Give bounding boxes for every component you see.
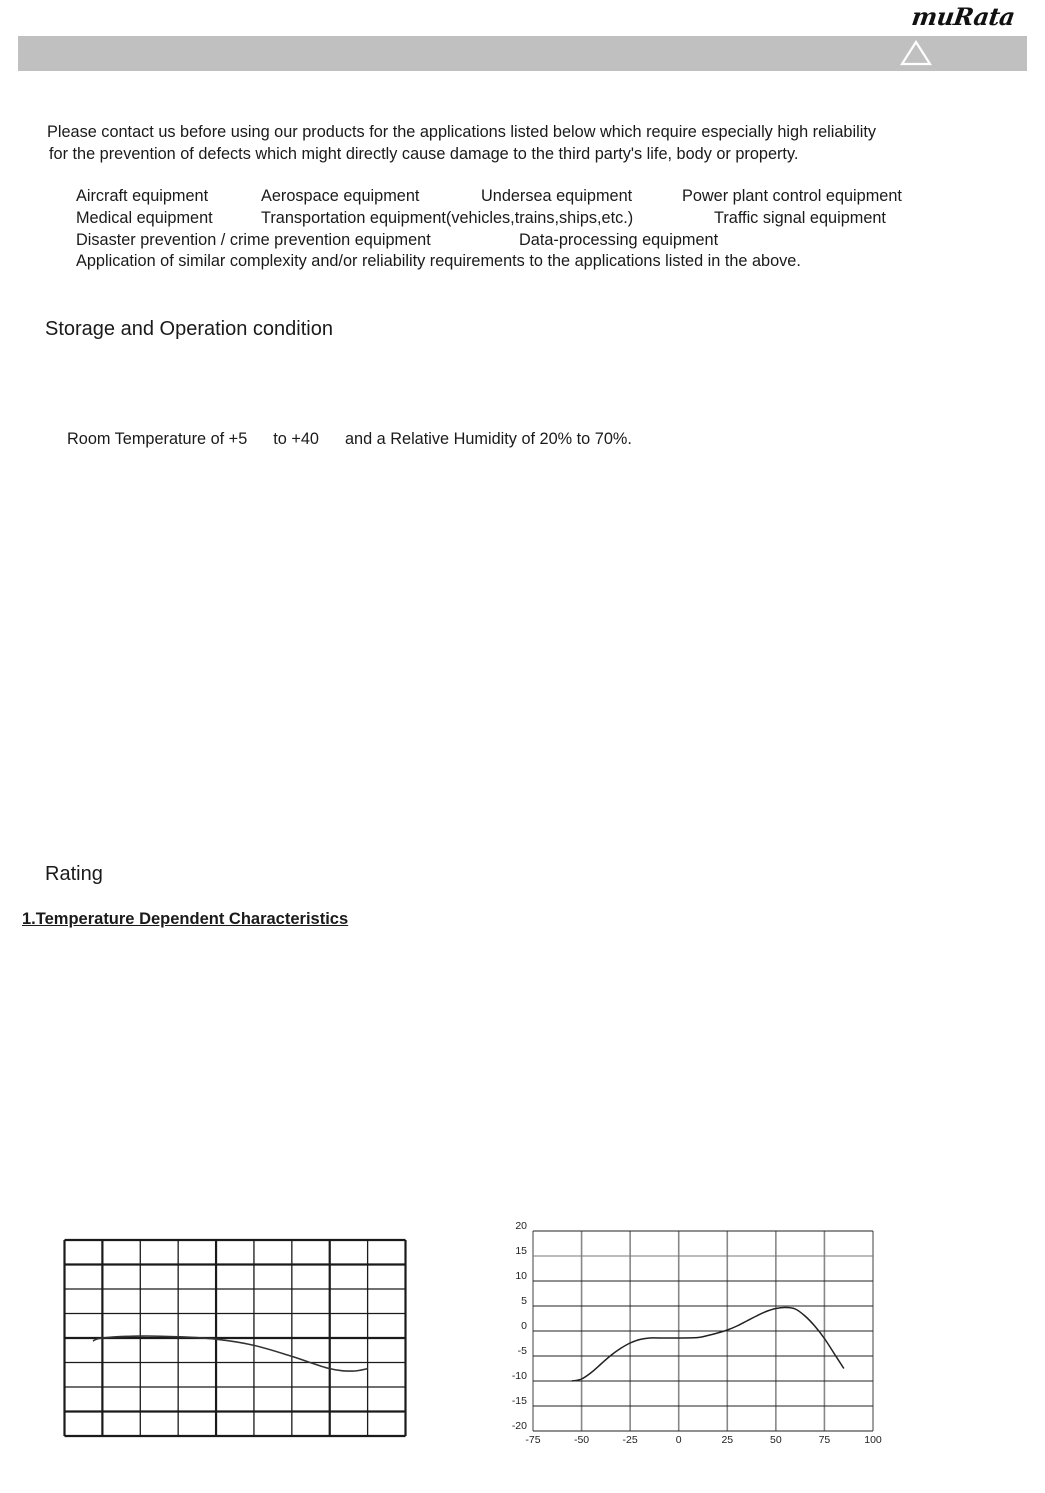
- application-item: Power plant control equipment: [682, 186, 902, 208]
- y-tick-label: -5: [518, 1345, 527, 1357]
- x-tick-label: 50: [770, 1434, 782, 1446]
- x-tick-label: -25: [623, 1434, 638, 1446]
- application-item: Aircraft equipment: [76, 186, 208, 208]
- application-item: Transportation equipment(vehicles,trains…: [261, 208, 633, 230]
- x-tick-label: 25: [721, 1434, 733, 1446]
- chart-grid: [65, 1240, 406, 1436]
- y-tick-label: 10: [515, 1270, 527, 1282]
- warning-triangle-icon: [900, 40, 932, 66]
- y-tick-label: -15: [512, 1395, 527, 1407]
- application-item: Undersea equipment: [481, 186, 632, 208]
- chart-curve: [572, 1307, 844, 1381]
- temperature-chart-right: -75-50-25025507510020151050-5-10-15-20: [495, 1215, 895, 1455]
- temperature-chart-left: [55, 1230, 415, 1445]
- application-item: Data-processing equipment: [519, 230, 718, 252]
- y-tick-label: -20: [512, 1420, 527, 1432]
- y-tick-label: 5: [521, 1295, 527, 1307]
- application-item: Disaster prevention / crime prevention e…: [76, 230, 431, 252]
- x-tick-label: 0: [676, 1434, 682, 1446]
- murata-logo: muRata: [910, 2, 1017, 31]
- chart-grid: [533, 1231, 873, 1431]
- header-bar: [18, 36, 1027, 71]
- storage-temp-max: to +40: [273, 430, 319, 448]
- chart-curve: [93, 1336, 368, 1371]
- x-tick-label: 75: [819, 1434, 831, 1446]
- x-tick-label: -75: [525, 1434, 540, 1446]
- y-tick-label: 20: [515, 1220, 527, 1232]
- application-item: Application of similar complexity and/or…: [76, 251, 801, 273]
- application-item: Traffic signal equipment: [714, 208, 886, 230]
- y-tick-label: -10: [512, 1370, 527, 1382]
- storage-heading: Storage and Operation condition: [45, 318, 333, 341]
- y-tick-label: 0: [521, 1320, 527, 1332]
- application-item: Medical equipment: [76, 208, 213, 230]
- application-item: Aerospace equipment: [261, 186, 419, 208]
- rating-heading: Rating: [45, 863, 103, 886]
- storage-temp-min: Room Temperature of +5: [67, 430, 247, 448]
- y-tick-label: 15: [515, 1245, 527, 1257]
- storage-humidity: and a Relative Humidity of 20% to 70%.: [345, 430, 632, 448]
- x-tick-label: -50: [574, 1434, 589, 1446]
- intro-paragraph: Please contact us before using our produ…: [47, 121, 876, 165]
- storage-condition-text: Room Temperature of +5to +40and a Relati…: [67, 430, 632, 449]
- x-tick-label: 100: [864, 1434, 882, 1446]
- temperature-characteristics-heading: 1.Temperature Dependent Characteristics: [22, 910, 348, 929]
- intro-line-1: Please contact us before using our produ…: [47, 121, 876, 143]
- intro-line-2: for the prevention of defects which migh…: [47, 143, 876, 165]
